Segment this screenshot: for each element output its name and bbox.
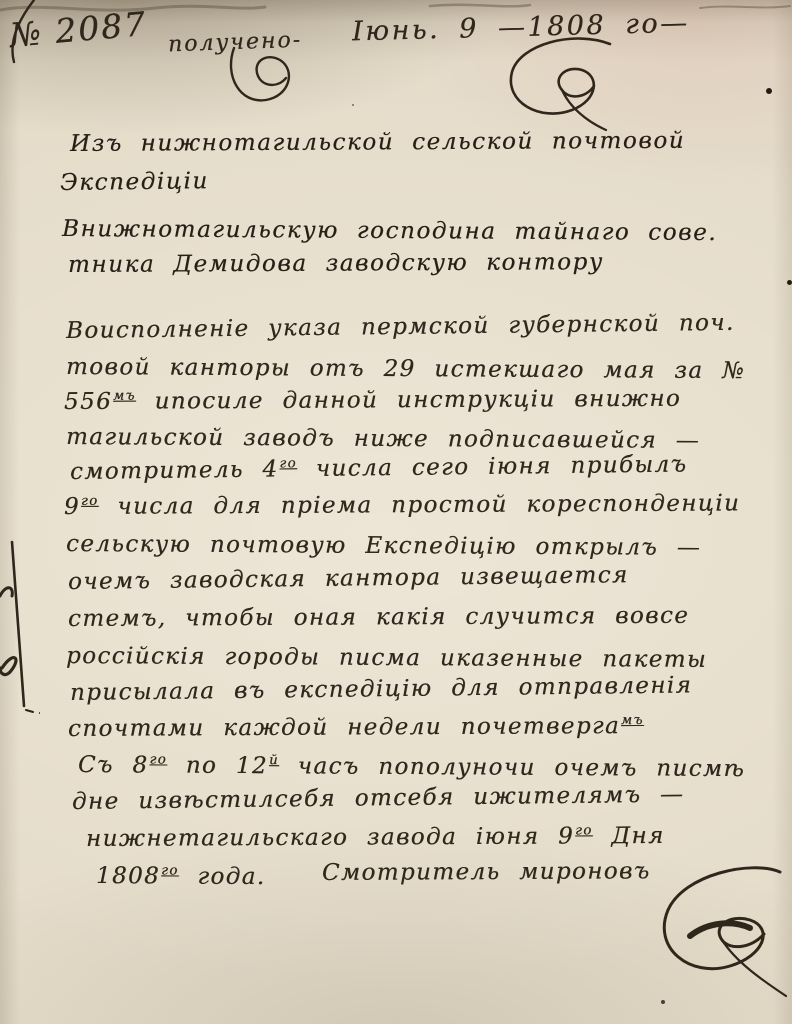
body-line: сельскую почтовую Експедіцію открылъ — [66,531,701,561]
body-line: очемъ заводская кантора извещается [68,562,629,595]
body-line: смотритель 4го числа сего іюня прибылъ [70,451,688,485]
body-line: стемъ, чтобы оная какія случится вовсе [68,603,689,632]
signature-paraph-flourish [632,866,792,1016]
body-line: дне извѣстилсебя отсебя ижителямъ — [72,782,685,815]
body-line: россійскія городы писма иказенные пакеты [66,643,707,673]
recipient-line-2: тника Демидова заводскую контору [68,249,604,278]
body-line: 556мъ ипосиле данной инструкціи внижно [64,386,681,415]
signature-name: Смотритель мироновъ [322,858,651,886]
edge-mark-upper [0,580,20,604]
body-line: спочтами каждой недели почетвергамъ [68,713,644,742]
recipient-line-1: Внижнотагильскую господина тайнаго сове. [62,216,717,246]
closing-place-date: нижнетагильскаго завода іюня 9го Дня [86,823,665,852]
body-line: тагильской заводъ ниже подписавшейся — [66,424,700,454]
body-line: товой канторы отъ 29 истекшаго мая за № [66,354,745,384]
ink-dot [352,104,354,106]
body-line: Съ 8го по 12й часъ пополуночи очемъ писм… [78,752,745,782]
date-paraph-flourish [492,36,632,136]
body-line: Воисполненіе указа пермской губернской п… [66,310,735,344]
ink-dot [661,1000,665,1004]
closing-year: 1808го года. [96,863,266,890]
received-paraph-flourish [222,42,322,120]
body-line: 9го числа для пріема простой кореспонден… [64,490,740,520]
ink-dot [787,280,792,285]
body-line: присылала въ експедіцію для отправленія [70,672,692,706]
margin-stroke [0,538,40,728]
sender-line-1: Изъ нижнотагильской сельской почтовой [70,128,685,157]
manuscript-page: № 2087 получено- Іюнь. 9 —1808 го— Изъ н… [0,0,792,1024]
edge-mark-lower [0,642,24,678]
ink-dot [766,88,772,94]
sender-line-2: Экспедіціи [60,168,209,196]
